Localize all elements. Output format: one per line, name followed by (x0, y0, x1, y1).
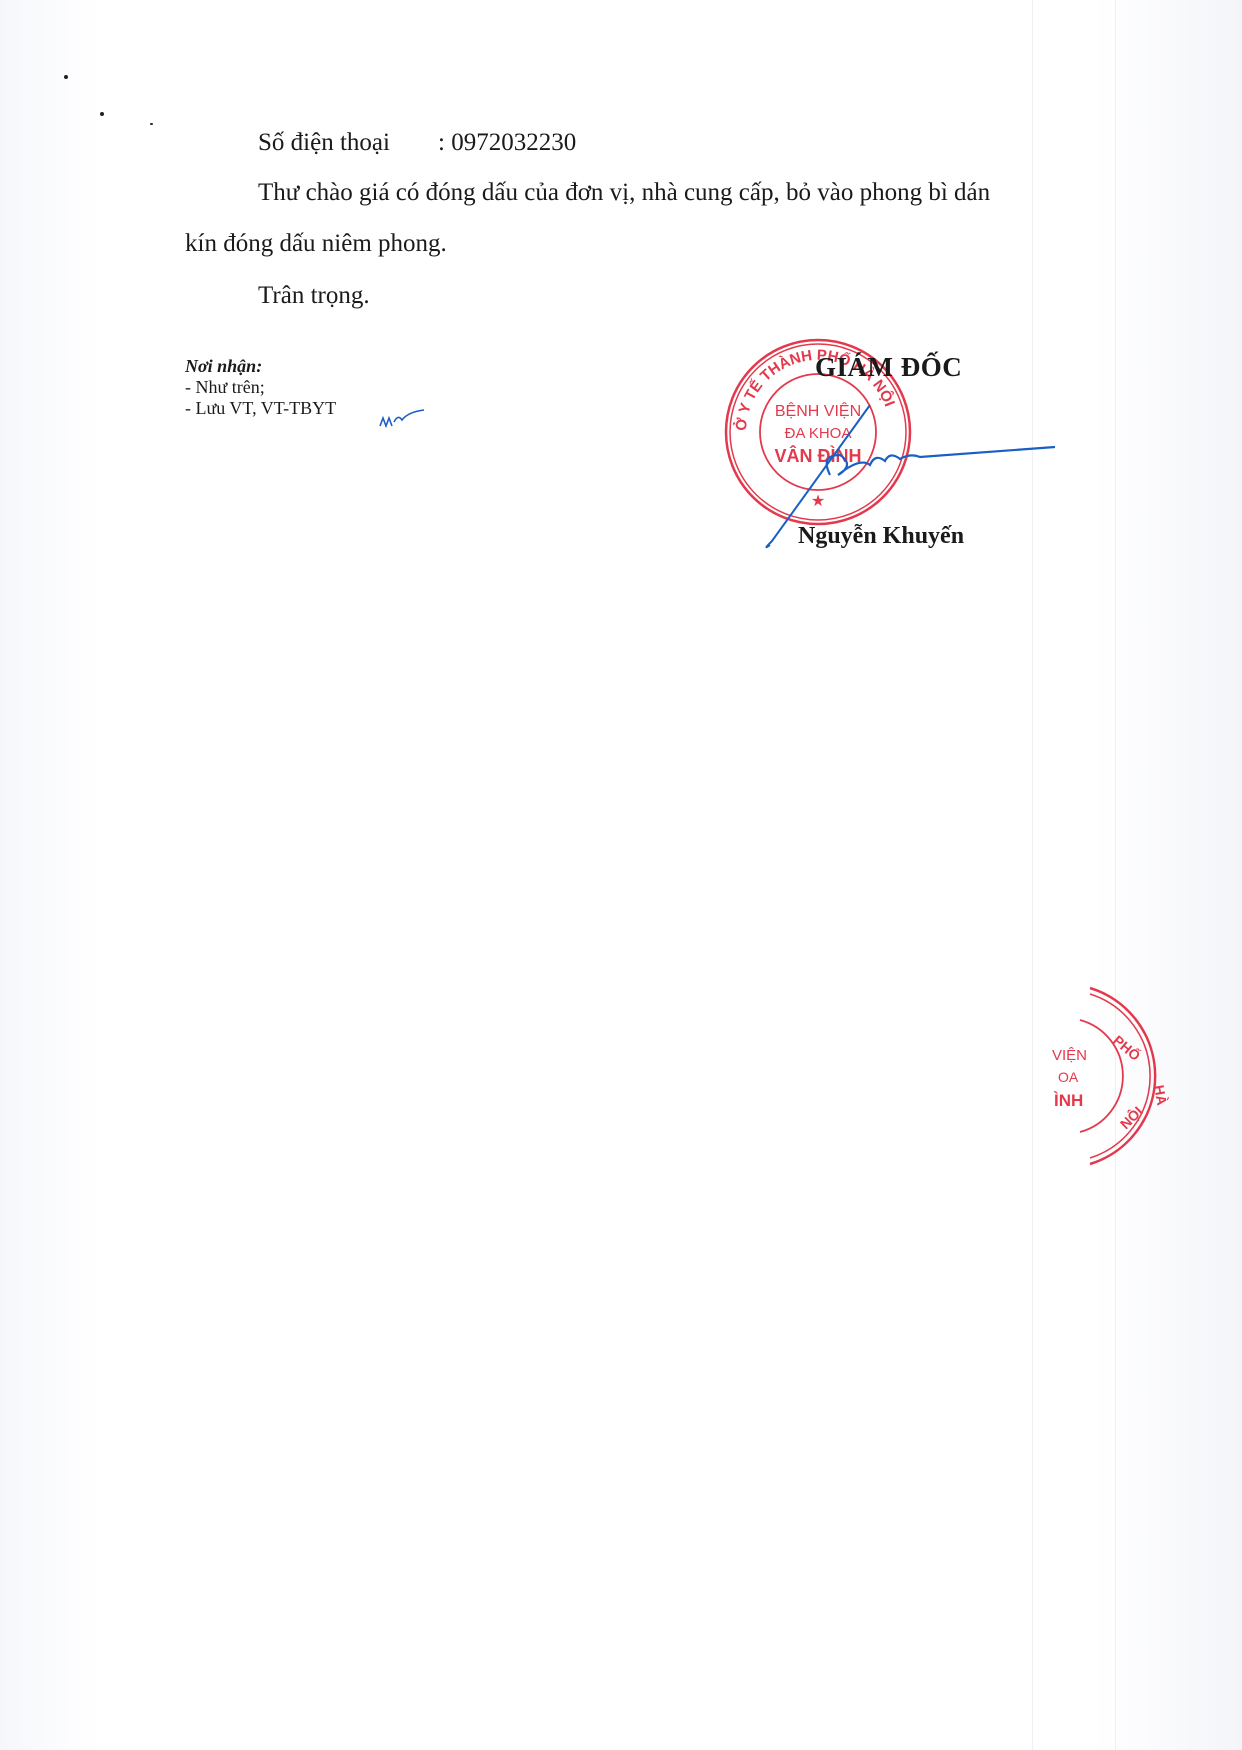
partial-stamp-icon: PHỐ HÀ NỘI VIỆN OA ÌNH (1050, 980, 1242, 1172)
svg-text:HÀ: HÀ (1151, 1084, 1170, 1107)
recipients-title: Nơi nhận: (185, 356, 336, 377)
svg-text:ÌNH: ÌNH (1053, 1091, 1083, 1110)
body-paragraph-line1: Thư chào giá có đóng dấu của đơn vị, nhà… (258, 178, 990, 208)
svg-text:OA: OA (1058, 1069, 1079, 1085)
scan-speck (64, 75, 68, 79)
scan-speck (100, 112, 104, 116)
page-background (0, 0, 1242, 1750)
closing-text: Trân trọng. (258, 281, 370, 311)
initials-icon (378, 408, 428, 432)
signature-icon (760, 395, 1060, 555)
svg-text:PHỐ: PHỐ (1110, 1031, 1144, 1064)
phone-line: Số điện thoại: 0972032230 (258, 128, 576, 158)
phone-value: : 0972032230 (438, 129, 576, 156)
scan-line (1032, 0, 1033, 1750)
signature-title: GIÁM ĐỐC (815, 352, 962, 383)
svg-text:VIỆN: VIỆN (1052, 1047, 1087, 1064)
recipient-item: - Lưu VT, VT-TBYT (185, 398, 336, 419)
recipients-block: Nơi nhận: - Như trên; - Lưu VT, VT-TBYT (185, 356, 336, 419)
phone-label: Số điện thoại (258, 128, 438, 158)
scan-line (1115, 0, 1116, 1750)
body-paragraph-line2: kín đóng dấu niêm phong. (185, 229, 447, 259)
recipient-item: - Như trên; (185, 377, 336, 398)
scan-speck (150, 123, 153, 125)
svg-text:NỘI: NỘI (1116, 1103, 1146, 1133)
